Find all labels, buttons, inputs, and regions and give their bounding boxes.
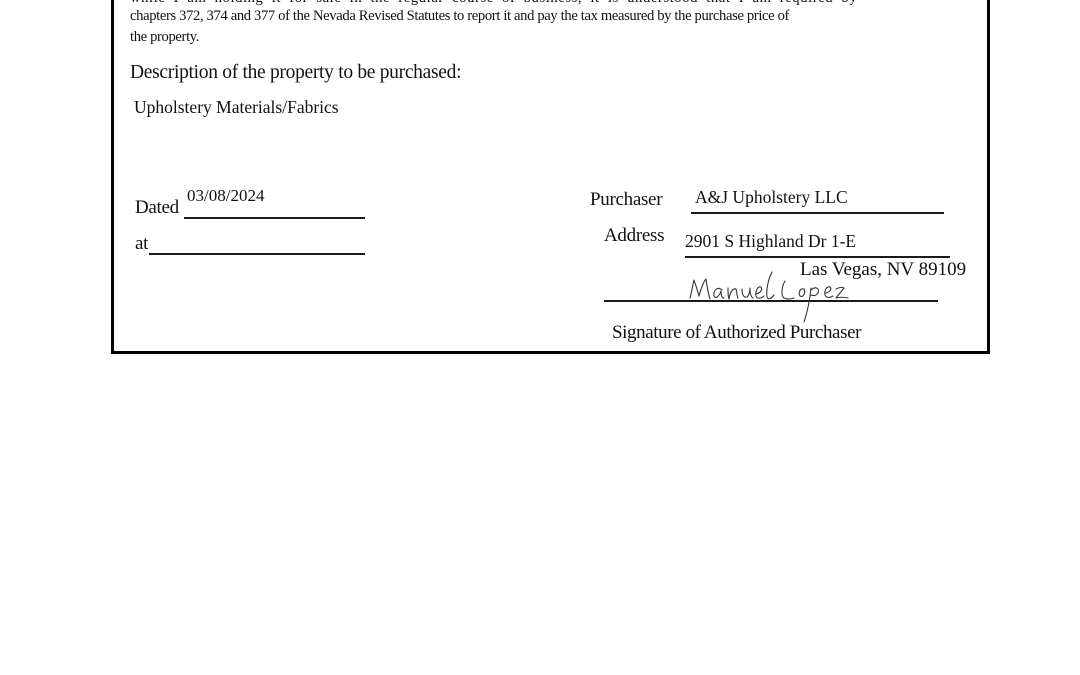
purchaser-field[interactable]: A&J Upholstery LLC: [695, 187, 848, 208]
address-label: Address: [604, 225, 664, 247]
signature-underline: [604, 300, 938, 302]
description-field[interactable]: Upholstery Materials/Fabrics: [134, 97, 339, 118]
address-line1-field[interactable]: 2901 S Highland Dr 1-E: [685, 231, 856, 252]
address-underline: [685, 256, 950, 258]
at-underline: [149, 253, 365, 255]
statement-line-2: chapters 372, 374 and 377 of the Nevada …: [130, 6, 789, 27]
dated-field[interactable]: 03/08/2024: [187, 186, 264, 206]
signature-label: Signature of Authorized Purchaser: [612, 322, 861, 344]
dated-label: Dated: [135, 197, 179, 219]
dated-underline: [184, 217, 365, 219]
purchaser-underline: [691, 212, 944, 214]
purchaser-label: Purchaser: [590, 189, 662, 211]
statement-line-3: the property.: [130, 27, 199, 48]
handwritten-signature-icon: [686, 268, 856, 328]
at-label: at: [135, 233, 148, 255]
description-label: Description of the property to be purcha…: [130, 62, 461, 84]
